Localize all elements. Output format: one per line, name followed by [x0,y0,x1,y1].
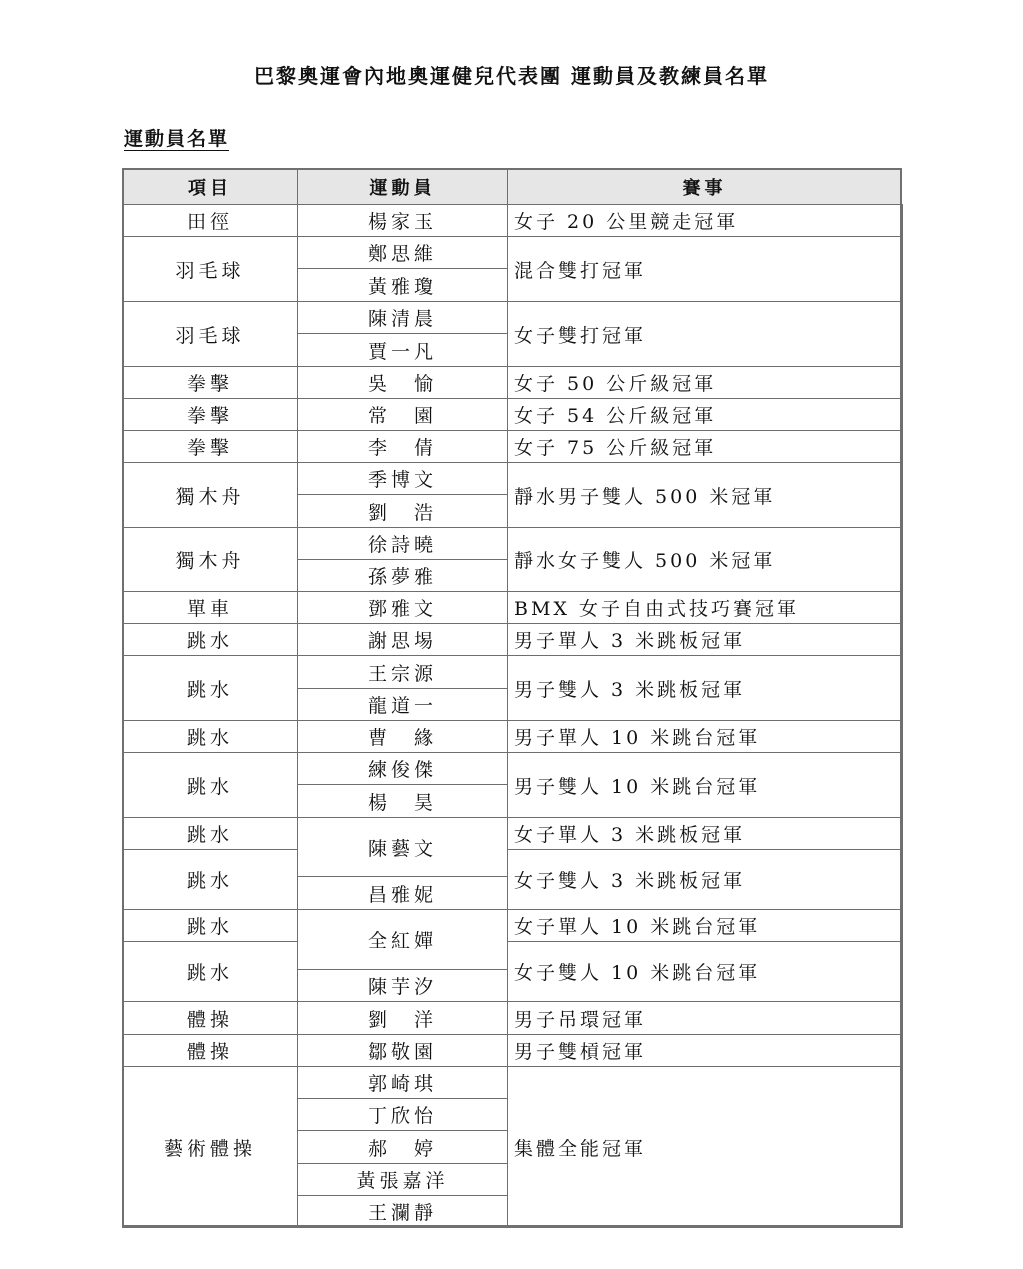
sport-cell: 單車 [122,591,298,624]
sport-cell: 跳水 [122,817,298,850]
athlete-cell: 鄭思維 [297,236,508,269]
event-cell: 靜水女子雙人 500 米冠軍 [507,527,903,592]
event-cell: 女子雙人 10 米跳台冠軍 [507,941,903,1002]
athlete-cell: 李 倩 [297,430,508,463]
event-cell: 男子雙人 3 米跳板冠軍 [507,655,903,721]
athlete-cell: 龍道一 [297,688,508,721]
event-cell: BMX 女子自由式技巧賽冠軍 [507,591,903,624]
event-cell: 混合雙打冠軍 [507,236,903,302]
sport-cell: 跳水 [122,720,298,753]
document-title: 巴黎奧運會內地奧運健兒代表團 運動員及教練員名單 [0,60,1023,89]
sport-cell: 體操 [122,1001,298,1035]
athlete-cell: 賈一凡 [297,333,508,367]
sport-cell: 拳擊 [122,366,298,399]
sport-cell: 體操 [122,1034,298,1067]
athlete-cell: 黃雅瓊 [297,268,508,302]
athlete-cell: 王宗源 [297,655,508,689]
athlete-cell: 楊家玉 [297,204,508,237]
sport-cell: 跳水 [122,752,298,818]
athlete-cell: 陳芋汐 [297,969,508,1002]
athlete-table: 項目 運動員 賽事 田徑羽毛球羽毛球拳擊拳擊拳擊獨木舟獨木舟單車跳水跳水跳水跳水… [122,168,902,1227]
athlete-cell: 曹 緣 [297,720,508,753]
section-title-athletes: 運動員名單 [124,124,229,151]
athlete-cell: 全紅嬋 [297,909,508,970]
sport-cell: 獨木舟 [122,527,298,592]
athlete-cell: 徐詩曉 [297,527,508,560]
athlete-cell: 陳清晨 [297,301,508,334]
athlete-cell: 劉 洋 [297,1001,508,1035]
event-cell: 女子 20 公里競走冠軍 [507,204,903,237]
athlete-cell: 郭崎琪 [297,1066,508,1099]
event-cell: 男子吊環冠軍 [507,1001,903,1035]
event-cell: 女子 75 公斤級冠軍 [507,430,903,463]
athlete-cell: 郝 婷 [297,1130,508,1164]
athlete-cell: 陳藝文 [297,817,508,877]
athlete-cell: 王瀾靜 [297,1195,508,1228]
event-cell: 女子單人 10 米跳台冠軍 [507,909,903,942]
athlete-cell: 劉 浩 [297,494,508,528]
athlete-cell: 孫夢雅 [297,559,508,592]
event-cell: 女子單人 3 米跳板冠軍 [507,817,903,850]
header-athlete: 運動員 [297,168,508,205]
sport-cell: 跳水 [122,909,298,942]
athlete-cell: 季博文 [297,462,508,495]
event-cell: 女子雙打冠軍 [507,301,903,367]
sport-cell: 羽毛球 [122,236,298,302]
sport-cell: 跳水 [122,623,298,656]
athlete-cell: 黃張嘉洋 [297,1163,508,1196]
header-event: 賽事 [507,168,902,205]
sport-cell: 拳擊 [122,398,298,431]
sport-cell: 跳水 [122,655,298,721]
event-cell: 男子雙人 10 米跳台冠軍 [507,752,903,818]
sport-cell: 田徑 [122,204,298,237]
event-cell: 女子 50 公斤級冠軍 [507,366,903,399]
athlete-cell: 楊 昊 [297,784,508,818]
sport-cell: 獨木舟 [122,462,298,528]
event-cell: 靜水男子雙人 500 米冠軍 [507,462,903,528]
athlete-cell: 謝思埸 [297,623,508,656]
event-cell: 集體全能冠軍 [507,1066,903,1228]
athlete-cell: 鄒敬園 [297,1034,508,1067]
event-cell: 男子單人 3 米跳板冠軍 [507,623,903,656]
athlete-cell: 昌雅妮 [297,876,508,910]
sport-cell: 羽毛球 [122,301,298,367]
sport-cell: 拳擊 [122,430,298,463]
event-cell: 女子 54 公斤級冠軍 [507,398,903,431]
sport-cell: 藝術體操 [122,1066,298,1228]
event-cell: 男子雙槓冠軍 [507,1034,903,1067]
event-cell: 男子單人 10 米跳台冠軍 [507,720,903,753]
athlete-cell: 吳 愉 [297,366,508,399]
sport-cell: 跳水 [122,849,298,910]
athlete-cell: 練俊傑 [297,752,508,785]
athlete-cell: 丁欣怡 [297,1098,508,1131]
athlete-cell: 常 園 [297,398,508,431]
header-sport: 項目 [122,168,298,205]
sport-cell: 跳水 [122,941,298,1002]
athlete-cell: 鄧雅文 [297,591,508,624]
event-cell: 女子雙人 3 米跳板冠軍 [507,849,903,910]
